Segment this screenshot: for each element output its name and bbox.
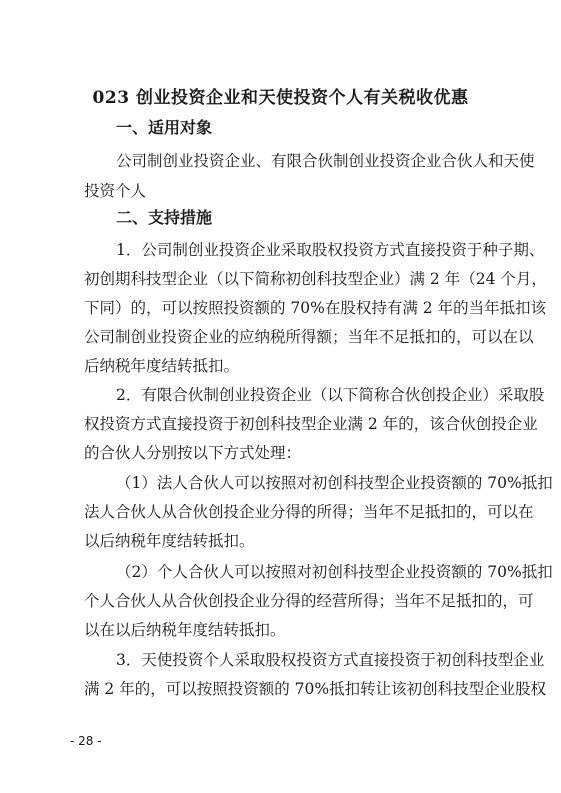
paragraph-line: 3．天使投资个人采取股权投资方式直接投资于初创科技型企业: [116, 649, 484, 671]
paragraph-line: 2．有限合伙制创业投资企业（以下简称合伙创投企业）采取股: [116, 384, 484, 406]
paragraph-line: 公司制创业投资企业、有限合伙制创业投资企业合伙人和天使: [116, 150, 484, 172]
paragraph-line: 的合伙人分别按以下方式处理：: [84, 442, 484, 464]
section-heading-applicable-objects: 一、适用对象: [116, 117, 212, 139]
paragraph-line: （1）法人合伙人可以按照对初创科技型企业投资额的 70%抵扣: [116, 472, 484, 494]
paragraph-line: 权投资方式直接投资于初创科技型企业满 2 年的，该合伙创投企业: [84, 413, 484, 435]
page-number: - 28 -: [70, 734, 102, 748]
section-heading-support-measures: 二、支持措施: [116, 207, 212, 229]
paragraph-line: 法人合伙人从合伙创投企业分得的所得；当年不足抵扣的，可以在: [84, 501, 484, 523]
paragraph-line: 下同）的，可以按照投资额的 70%在股权持有满 2 年的当年抵扣该: [84, 297, 484, 319]
paragraph-line: 满 2 年的，可以按照投资额的 70%抵扣转让该初创科技型企业股权: [84, 678, 484, 700]
paragraph-line: 投资个人: [84, 180, 484, 202]
paragraph-line: 以在以后纳税年度结转抵扣。: [84, 619, 484, 641]
paragraph-line: 以后纳税年度结转抵扣。: [84, 530, 484, 552]
document-title: 023 创业投资企业和天使投资个人有关税收优惠: [0, 86, 561, 110]
paragraph-line: （2）个人合伙人可以按照对初创科技型企业投资额的 70%抵扣: [116, 561, 484, 583]
paragraph-line: 个人合伙人从合伙创投企业分得的经营所得；当年不足抵扣的，可: [84, 590, 484, 612]
document-page: 023 创业投资企业和天使投资个人有关税收优惠 一、适用对象 公司制创业投资企业…: [0, 0, 561, 793]
paragraph-line: 后纳税年度结转抵扣。: [84, 355, 484, 377]
paragraph-line: 1．公司制创业投资企业采取股权投资方式直接投资于种子期、: [116, 239, 484, 261]
paragraph-line: 初创期科技型企业（以下简称初创科技型企业）满 2 年（24 个月，: [84, 268, 484, 290]
paragraph-line: 公司制创业投资企业的应纳税所得额；当年不足抵扣的，可以在以: [84, 326, 484, 348]
